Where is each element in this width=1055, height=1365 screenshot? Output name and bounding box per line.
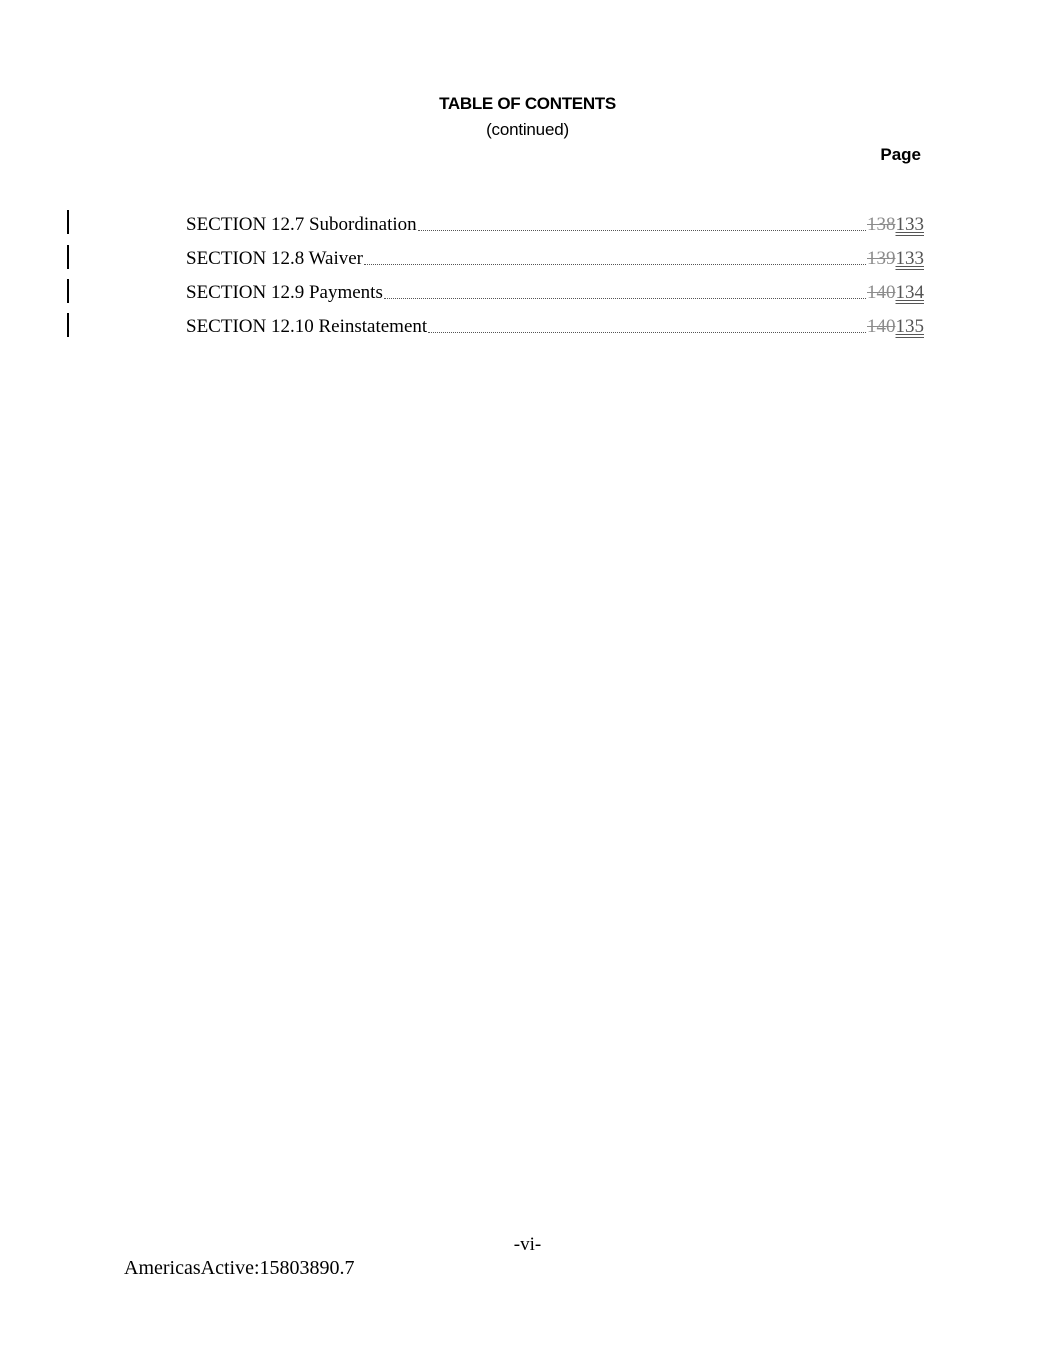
toc-title: TABLE OF CONTENTS (0, 94, 1055, 114)
inserted-page-number: 133 (896, 214, 925, 235)
toc-entry-12-8[interactable]: SECTION 12.8 Waiver 139133 (186, 244, 924, 270)
deleted-page-number: 139 (867, 248, 896, 269)
toc-entry-label[interactable]: SECTION 12.8 Waiver (186, 248, 363, 270)
toc-entry-pages: 139133 (867, 248, 924, 270)
deleted-page-number: 140 (867, 316, 896, 337)
change-bar (67, 245, 69, 269)
dot-leader (384, 298, 866, 299)
inserted-page-number: 133 (896, 248, 925, 269)
toc-entry-12-10[interactable]: SECTION 12.10 Reinstatement 140135 (186, 312, 924, 338)
dot-leader (418, 230, 866, 231)
page-column-label: Page (880, 145, 921, 165)
dot-leader (364, 264, 866, 265)
dot-leader (428, 332, 866, 333)
change-bar (67, 210, 69, 234)
toc-entry-pages: 140134 (867, 282, 924, 304)
toc-entry-12-7[interactable]: SECTION 12.7 Subordination 138133 (186, 210, 924, 236)
document-id: AmericasActive:15803890.7 (124, 1257, 355, 1280)
toc-entry-pages: 140135 (867, 316, 924, 338)
toc-entry-label[interactable]: SECTION 12.10 Reinstatement (186, 316, 427, 338)
toc-entry-pages: 138133 (867, 214, 924, 236)
deleted-page-number: 140 (867, 282, 896, 303)
change-bar (67, 313, 69, 337)
inserted-page-number: 135 (896, 316, 925, 337)
toc-entry-label[interactable]: SECTION 12.7 Subordination (186, 214, 417, 236)
toc-entry-label[interactable]: SECTION 12.9 Payments (186, 282, 383, 304)
footer-page-number: -vi- (0, 1234, 1055, 1256)
deleted-page-number: 138 (867, 214, 896, 235)
change-bar (67, 279, 69, 303)
toc-subtitle: (continued) (0, 120, 1055, 140)
inserted-page-number: 134 (896, 282, 925, 303)
toc-entry-12-9[interactable]: SECTION 12.9 Payments 140134 (186, 278, 924, 304)
